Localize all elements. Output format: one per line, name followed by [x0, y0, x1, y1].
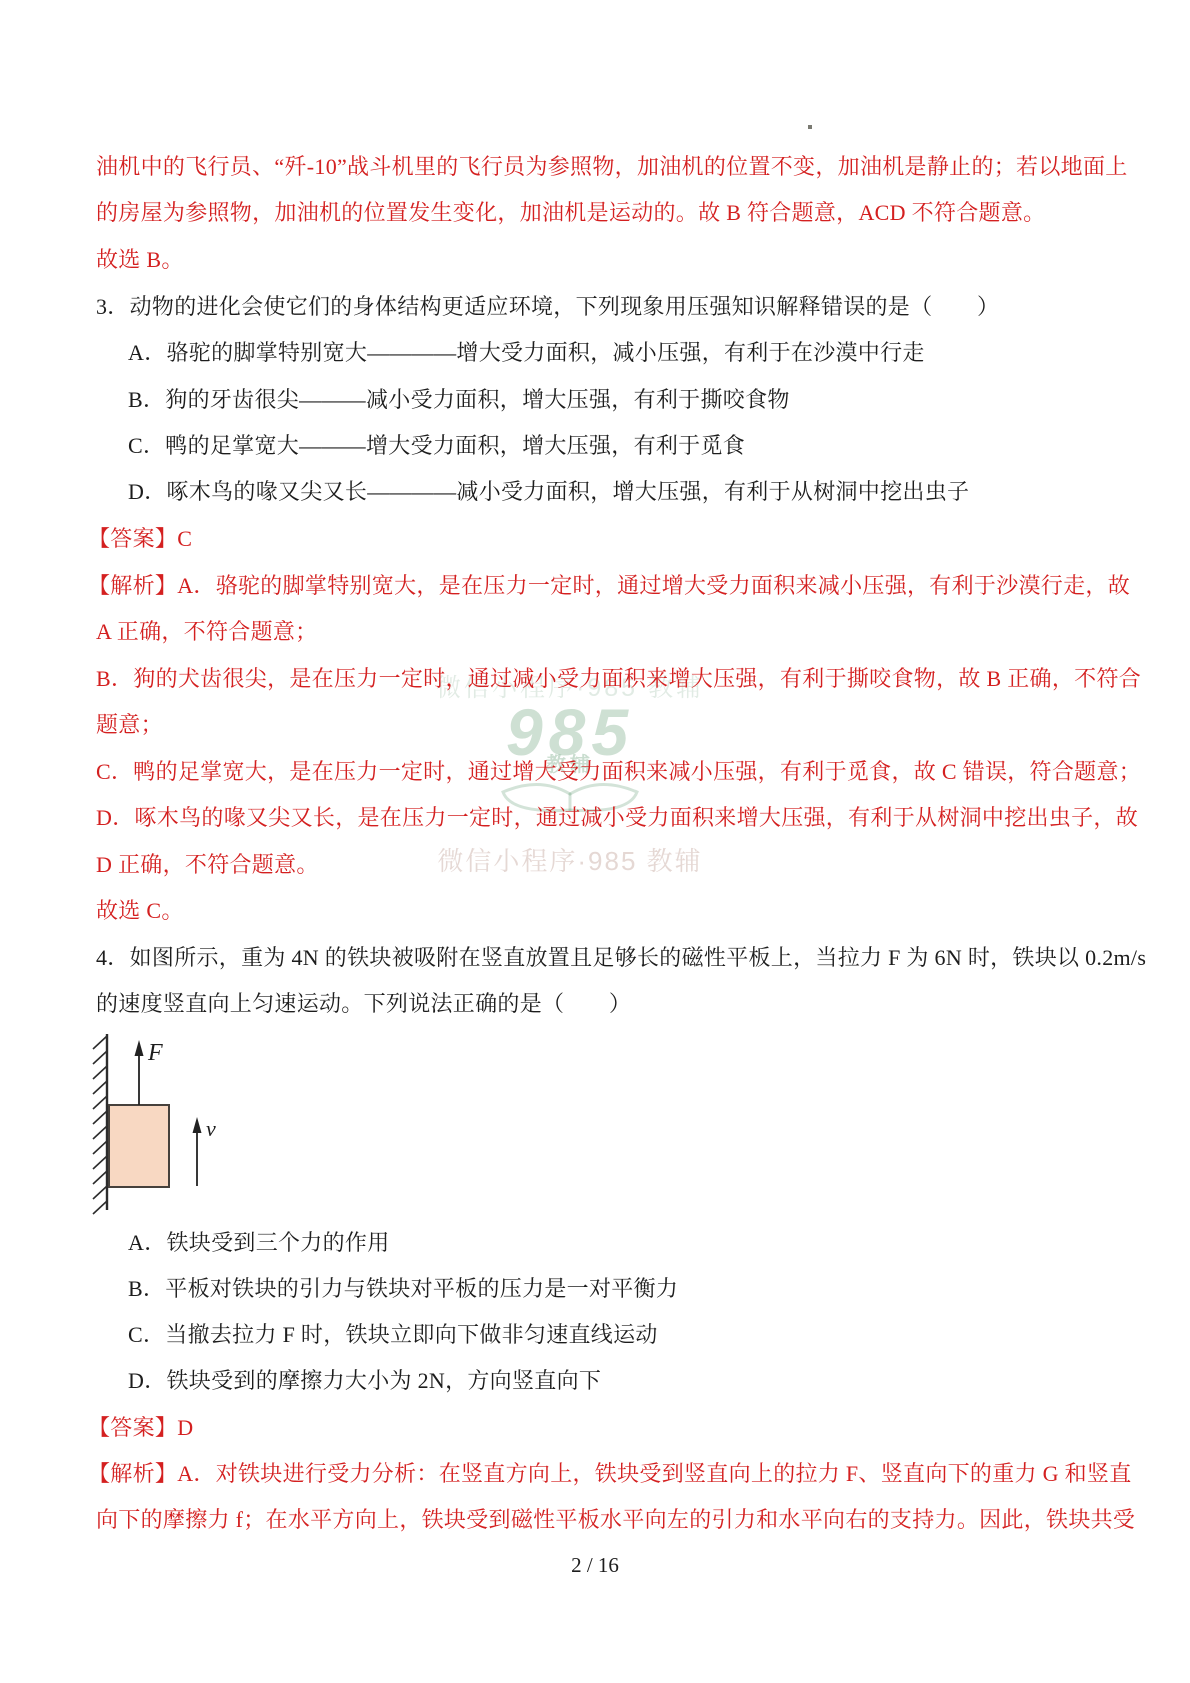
q3-analysis-line: 题意；: [96, 710, 163, 740]
velocity-arrowhead: [193, 1117, 202, 1133]
q4-option-c: C．当撤去拉力 F 时，铁块立即向下做非匀速直线运动: [128, 1320, 658, 1350]
q3-answer: 【答案】C: [88, 524, 192, 554]
watermark-985-logo: 985: [330, 704, 810, 760]
q3-analysis-line: B．狗的犬齿很尖，是在压力一定时，通过减小受力面积来增大压强，有利于撕咬食物，故…: [96, 664, 1141, 694]
q3-option-c: C．鸭的足掌宽大———增大受力面积，增大压强，有利于觅食: [128, 431, 745, 461]
watermark-bottom-text: 微信小程序·985 教辅: [330, 841, 810, 878]
iron-block: [109, 1105, 169, 1187]
q3-option-d: D．啄木鸟的喙又尖又长————减小受力面积，增大压强，有利于从树洞中挖出虫子: [128, 477, 969, 507]
q3-analysis-line: C．鸭的足掌宽大，是在压力一定时，通过增大受力面积来减小压强，有利于觅食，故 C…: [96, 757, 1141, 787]
q4-option-d: D．铁块受到的摩擦力大小为 2N，方向竖直向下: [128, 1366, 601, 1396]
q4-option-b: B．平板对铁块的引力与铁块对平板的压力是一对平衡力: [128, 1274, 678, 1304]
force-label: F: [147, 1040, 163, 1066]
q3-analysis-line: D．啄木鸟的喙又尖又长，是在压力一定时，通过减小受力面积来增大压强，有利于从树洞…: [96, 803, 1138, 833]
q4-option-a: A．铁块受到三个力的作用: [128, 1228, 390, 1258]
exam-document-page: 微信小程序·985 教辅 985 教辅 微信小程序·985 教辅 油机中的飞行员…: [0, 0, 1190, 1683]
q3-analysis-line: A 正确，不符合题意；: [96, 617, 317, 647]
q4-figure: F v: [85, 1030, 325, 1227]
q4-answer: 【答案】D: [88, 1413, 193, 1443]
q4-analysis-line: 【解析】A．对铁块进行受力分析：在竖直方向上，铁块受到竖直向上的拉力 F、竖直向…: [88, 1459, 1132, 1489]
wall-hatching: [93, 1036, 107, 1214]
prev-answer-line: 的房屋为参照物，加油机的位置发生变化，加油机是运动的。故 B 符合题意，ACD …: [96, 198, 1045, 228]
prev-answer-conclusion: 故选 B。: [96, 245, 184, 275]
scan-dot-artifact: [808, 125, 812, 129]
q3-option-b: B．狗的牙齿很尖———减小受力面积，增大压强，有利于撕咬食物: [128, 385, 790, 415]
velocity-label: v: [206, 1116, 216, 1141]
q3-stem: 3．动物的进化会使它们的身体结构更适应环境，下列现象用压强知识解释错误的是（ ）: [96, 292, 999, 322]
q4-stem-line: 的速度竖直向上匀速运动。下列说法正确的是（ ）: [96, 989, 631, 1019]
q3-option-a: A．骆驼的脚掌特别宽大————增大受力面积，减小压强，有利于在沙漠中行走: [128, 338, 925, 368]
prev-answer-line: 油机中的飞行员、“歼-10”战斗机里的飞行员为参照物，加油机的位置不变，加油机是…: [96, 152, 1128, 182]
page-number: 2 / 16: [0, 1553, 1190, 1578]
q3-analysis-line: 【解析】A．骆驼的脚掌特别宽大，是在压力一定时，通过增大受力面积来减小压强，有利…: [88, 571, 1130, 601]
q4-analysis-line: 向下的摩擦力 f；在水平方向上，铁块受到磁性平板水平向左的引力和水平向右的支持力…: [96, 1505, 1135, 1535]
force-arrowhead: [135, 1040, 144, 1056]
q3-conclusion: 故选 C。: [96, 896, 184, 926]
q4-stem-line: 4．如图所示，重为 4N 的铁块被吸附在竖直放置且足够长的磁性平板上，当拉力 F…: [96, 943, 1146, 973]
q3-analysis-line: D 正确，不符合题意。: [96, 850, 319, 880]
